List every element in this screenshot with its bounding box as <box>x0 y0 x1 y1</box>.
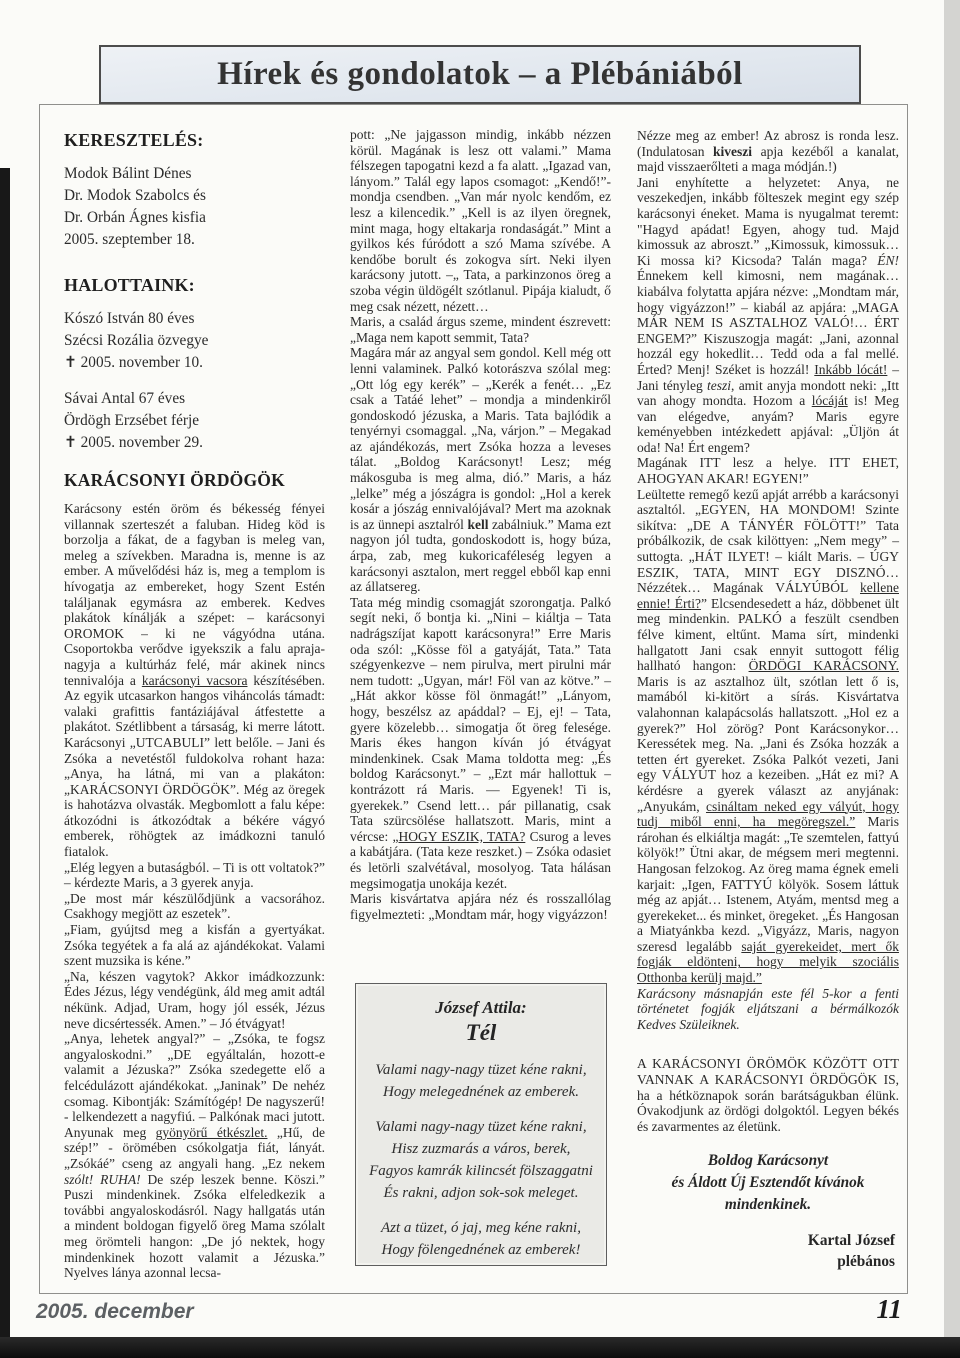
poem-line: Azt a tüzet, ó jaj, meg kéne rakni, <box>356 1217 606 1239</box>
paragraph: Maris, a család árgus szeme, mindent ész… <box>350 314 611 345</box>
text-line: 2005. szeptember 18. <box>64 229 325 251</box>
scan-edge-left <box>0 168 10 1358</box>
paragraph: Nézze meg az ember! Az abrosz is ronda l… <box>637 128 899 175</box>
paragraph: Leültette remegő kezű apját arrébb a kar… <box>637 487 899 986</box>
paragraph: „Anya, lehetek angyal?” – „Zsóka, te fog… <box>64 1031 325 1281</box>
signature: Kartal Józsefplébános <box>637 1230 899 1272</box>
poem-line: Fagyos kamrák kilincsét fölszaggatni <box>356 1160 606 1182</box>
baptism-heading: KERESZTELÉS: <box>64 130 325 151</box>
text-line: Szécsi Rozália özvegye <box>64 330 325 352</box>
text-line: Modok Bálint Dénes <box>64 163 325 185</box>
poem-body: Valami nagy-nagy tüzet kéne rakni,Hogy m… <box>356 1059 606 1261</box>
column-middle: pott: „Ne jajgasson mindig, inkább nézze… <box>350 127 611 922</box>
paragraph: Karácsony másnapján este fél 5-kor a fen… <box>637 986 899 1033</box>
poem-line: Hisz zuzmarás a város, berek, <box>356 1138 606 1160</box>
poem-stanza: Valami nagy-nagy tüzet kéne rakni,Hisz z… <box>356 1116 606 1204</box>
paragraph: Magára már az angyal sem gondol. Kell mé… <box>350 345 611 595</box>
story-text-right: Nézze meg az ember! Az abrosz is ronda l… <box>637 128 899 1032</box>
text-line: Kartal József <box>637 1230 895 1251</box>
poem-line: Valami nagy-nagy tüzet kéne rakni, <box>356 1116 606 1138</box>
poem-line: És rakni, adjon sok-sok meleget. <box>356 1182 606 1204</box>
poem-box: József Attila: Tél Valami nagy-nagy tüze… <box>355 983 607 1266</box>
paragraph: Maris kisvártatva apjára néz és rosszall… <box>350 891 611 922</box>
text-line: Sávai Antal 67 éves <box>64 388 325 410</box>
paragraph: Magának ITT lesz a helye. ITT EHET, AHOG… <box>637 455 899 486</box>
page-title: Hírek és gondolatok – a Plébániából <box>217 56 743 93</box>
story-heading: KARÁCSONYI ÖRDÖGÖK <box>64 470 325 491</box>
epilogue-text: A KARÁCSONYI ÖRÖMÖK KÖZÖTT OTT VANNAK A … <box>637 1056 899 1134</box>
poem-author: József Attila: <box>356 998 606 1018</box>
poem-line: Hogy melegednének az emberek. <box>356 1081 606 1103</box>
paragraph: Karácsony estén öröm és békesség fényei … <box>64 501 325 860</box>
paragraph: „De most már készülődjünk a vacsorához. … <box>64 891 325 922</box>
paragraph: Jani enyhítette a helyzetet: Anya, ne ve… <box>637 175 899 456</box>
header-banner: Hírek és gondolatok – a Plébániából <box>99 45 861 104</box>
paragraph: „Elég legyen a butaságból. – Ti is ott v… <box>64 860 325 891</box>
deceased-entry: Sávai Antal 67 évesÖrdögh Erzsébet férje… <box>64 388 325 454</box>
text-line: és Áldott Új Esztendőt kívánok mindenkin… <box>637 1172 899 1216</box>
column-right: Nézze meg az ember! Az abrosz is ronda l… <box>637 128 899 1272</box>
story-text-left: Karácsony estén öröm és békesség fényei … <box>64 501 325 1281</box>
closing-wish: Boldog Karácsonytés Áldott Új Esztendőt … <box>637 1150 899 1216</box>
deceased-heading: HALOTTAINK: <box>64 275 325 296</box>
poem-stanza: Valami nagy-nagy tüzet kéne rakni,Hogy m… <box>356 1059 606 1103</box>
column-left: KERESZTELÉS: Modok Bálint DénesDr. Modok… <box>64 130 325 1281</box>
text-line: Kószó István 80 éves <box>64 308 325 330</box>
text-line: Boldog Karácsonyt <box>637 1150 899 1172</box>
paragraph: „Na, készen vagytok? Akkor imádkozzunk: … <box>64 969 325 1031</box>
paragraph: Tata még mindig csomagját szorongatja. P… <box>350 595 611 891</box>
paragraph: „Fiam, gyújtsd meg a kisfán a gyertyákat… <box>64 922 325 969</box>
poem-stanza: Azt a tüzet, ó jaj, meg kéne rakni,Hogy … <box>356 1217 606 1261</box>
scan-edge-right <box>944 0 960 1358</box>
text-line: Dr. Modok Szabolcs és <box>64 185 325 207</box>
text-line: ✝ 2005. november 29. <box>64 432 325 454</box>
scan-edge-bottom <box>0 1337 960 1358</box>
poem-line: Hogy fölengednének az emberek! <box>356 1239 606 1261</box>
text-line: Ördögh Erzsébet férje <box>64 410 325 432</box>
footer-issue-date: 2005. december <box>36 1300 194 1324</box>
baptism-entry: Modok Bálint DénesDr. Modok Szabolcs ésD… <box>64 163 325 251</box>
text-line: ✝ 2005. november 10. <box>64 352 325 374</box>
story-text-middle: pott: „Ne jajgasson mindig, inkább nézze… <box>350 127 611 922</box>
paragraph: pott: „Ne jajgasson mindig, inkább nézze… <box>350 127 611 314</box>
footer-page-number: 11 <box>876 1294 902 1325</box>
poem-title: Tél <box>356 1020 606 1046</box>
poem-line: Valami nagy-nagy tüzet kéne rakni, <box>356 1059 606 1081</box>
text-line: Dr. Orbán Ágnes kisfia <box>64 207 325 229</box>
text-line: plébános <box>637 1251 895 1272</box>
deceased-entry: Kószó István 80 évesSzécsi Rozália özveg… <box>64 308 325 374</box>
newsletter-page: Hírek és gondolatok – a Plébániából KERE… <box>0 0 960 1358</box>
paragraph: A KARÁCSONYI ÖRÖMÖK KÖZÖTT OTT VANNAK A … <box>637 1056 899 1134</box>
